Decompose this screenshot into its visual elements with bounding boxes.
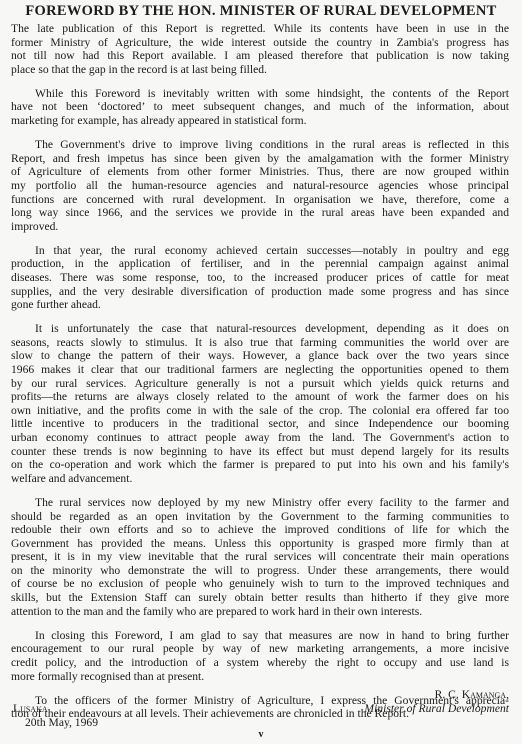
- text-line: It is unfortunately the case that natura…: [11, 322, 509, 336]
- paragraph-6: The rural services now deployed by my ne…: [11, 496, 509, 618]
- text-line: gone further ahead.: [11, 298, 509, 312]
- text-line: credit policy, and the introduction of a…: [11, 656, 509, 670]
- paragraph-1: The late publication of this Report is r…: [11, 22, 509, 76]
- text-line: long way since 1966, and the services we…: [11, 206, 509, 220]
- text-line: redouble their own efforts and so to ach…: [11, 523, 509, 537]
- text-line: on the co-operation and work which the f…: [11, 458, 509, 472]
- page-title: FOREWORD BY THE HON. MINISTER OF RURAL D…: [0, 3, 522, 20]
- text-line: little incentive to producers in the tra…: [11, 417, 509, 431]
- text-line: functions are concerned with rural devel…: [11, 193, 509, 207]
- text-line: encouragement to our rural people by way…: [11, 642, 509, 656]
- text-line: The late publication of this Report is r…: [11, 22, 509, 36]
- text-line: have not been ‘doctored’ to meet subsequ…: [11, 100, 509, 114]
- text-line: supplies, and the very desirable diversi…: [11, 285, 509, 299]
- text-line: my portfolio all the human-resource agen…: [11, 179, 509, 193]
- foreword-body: The late publication of this Report is r…: [11, 22, 509, 721]
- text-line: In that year, the rural economy achieved…: [11, 244, 509, 258]
- text-line: 1966 makes it clear that our traditional…: [11, 363, 509, 377]
- signatory-role: Minister of Rural Development: [364, 702, 509, 716]
- page-number: v: [0, 729, 522, 740]
- paragraph-7: In closing this Foreword, I am glad to s…: [11, 629, 509, 683]
- text-line: urban economy continues to attract peopl…: [11, 431, 509, 445]
- text-line: improved.: [11, 220, 509, 234]
- text-line: slow to change the pattern of their ways…: [11, 349, 509, 363]
- signature-block: R. C. Kamanga, Minister of Rural Develop…: [364, 688, 509, 716]
- text-line: In closing this Foreword, I am glad to s…: [11, 629, 509, 643]
- text-line: not till now had this Report available. …: [11, 49, 509, 63]
- text-line: former Ministry of Agriculture, the wide…: [11, 36, 509, 50]
- text-line: present, it is in my view inevitable tha…: [11, 550, 509, 564]
- place-city: Lusaka: [13, 702, 98, 716]
- text-line: attention to the man and the family who …: [11, 605, 509, 619]
- text-line: on the minority who demonstrate the will…: [11, 564, 509, 578]
- text-line: While this Foreword is inevitably writte…: [11, 87, 509, 101]
- text-line: by our rural services. Agriculture gener…: [11, 377, 509, 391]
- paragraph-5: It is unfortunately the case that natura…: [11, 322, 509, 485]
- text-line: marketing for example, has already appea…: [11, 114, 509, 128]
- text-line: diseases. There was some response, too, …: [11, 271, 509, 285]
- paragraph-3: The Government's drive to improve living…: [11, 138, 509, 233]
- signing-date: 20th May, 1969: [13, 716, 98, 730]
- text-line: The Government's drive to improve living…: [11, 138, 509, 152]
- text-line: skills, but the Extension Staff can sure…: [11, 591, 509, 605]
- text-line: own initiative, and the profits come in …: [11, 404, 509, 418]
- text-line: The rural services now deployed by my ne…: [11, 496, 509, 510]
- paragraph-2: While this Foreword is inevitably writte…: [11, 87, 509, 128]
- text-line: seasons, reacts slowly to stimulus. It i…: [11, 336, 509, 350]
- text-line: of Agriculture of elements from other fo…: [11, 165, 509, 179]
- text-line: more formally recognised than at present…: [11, 670, 509, 684]
- place-date-block: Lusaka 20th May, 1969: [13, 702, 98, 730]
- text-line: Government has provided the means. Unles…: [11, 537, 509, 551]
- text-line: production, in the application of fertil…: [11, 257, 509, 271]
- signatory-name: R. C. Kamanga,: [364, 688, 509, 702]
- paragraph-4: In that year, the rural economy achieved…: [11, 244, 509, 312]
- text-line: Report, and fresh impetus has since been…: [11, 152, 509, 166]
- text-line: place so that the gap in the record is a…: [11, 63, 509, 77]
- text-line: profits—the returns are always closely r…: [11, 390, 509, 404]
- text-line: of course be no exclusion of people who …: [11, 577, 509, 591]
- text-line: should be regarded as an open invitation…: [11, 510, 509, 524]
- document-page: FOREWORD BY THE HON. MINISTER OF RURAL D…: [0, 0, 522, 744]
- text-line: counter these trends is now beginning to…: [11, 445, 509, 459]
- text-line: welfare and advancement.: [11, 472, 509, 486]
